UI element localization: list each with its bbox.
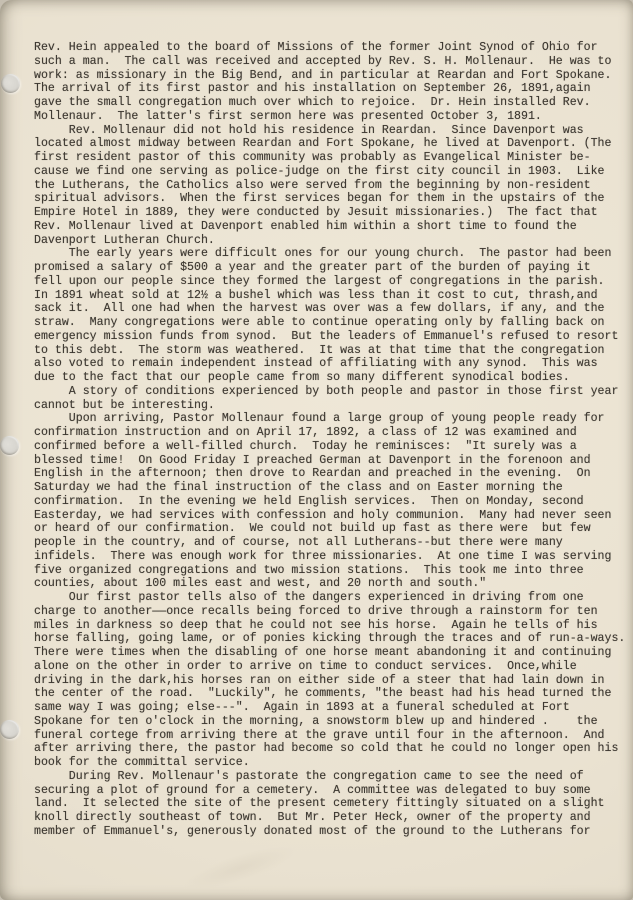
hole-punch-top (1, 74, 20, 93)
paper-page: Rev. Hein appealed to the board of Missi… (0, 0, 633, 900)
hole-punch-bottom (0, 720, 19, 739)
paragraph-call-accepted: Rev. Hein appealed to the board of Missi… (34, 41, 626, 124)
paragraph-cemetery: During Rev. Mollenaur's pastorate the co… (34, 770, 626, 839)
paper-stain (179, 837, 301, 899)
paragraph-early-years: The early years were difficult ones for … (34, 247, 626, 385)
paragraph-driving-dangers: Our first pastor tells also of the dange… (34, 591, 626, 770)
hole-punch-middle (0, 436, 19, 455)
paragraph-residence-davenport: Rev. Mollenaur did not hold his residenc… (34, 124, 626, 248)
paragraph-story-intro: A story of conditions experienced by bot… (34, 385, 626, 413)
typewritten-text: Rev. Hein appealed to the board of Missi… (34, 41, 626, 839)
paragraph-confirmation-quote: Upon arriving, Pastor Mollenaur found a … (34, 412, 626, 591)
scanned-document: { "page": { "kind": "scanned typewritten… (0, 0, 633, 900)
